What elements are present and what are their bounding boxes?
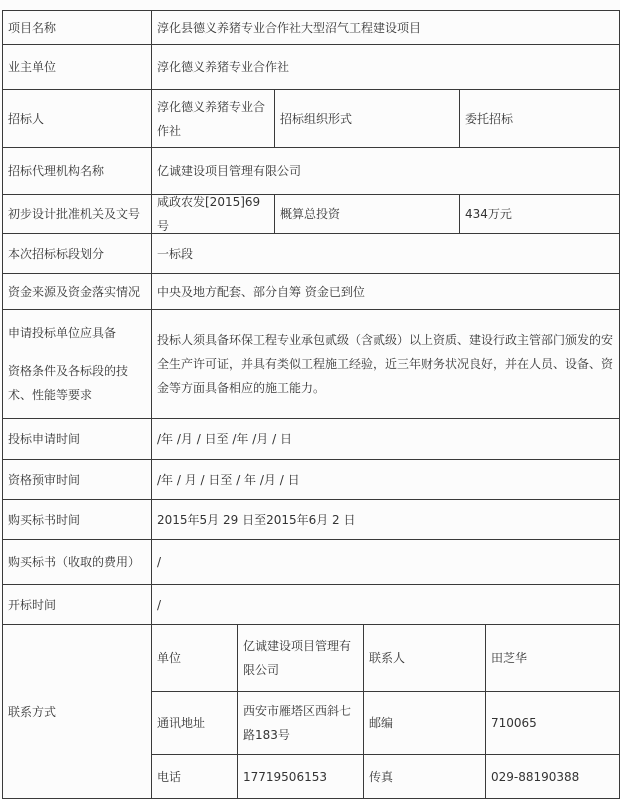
approval-label: 初步设计批准机关及文号 bbox=[3, 195, 152, 234]
contact-person-value: 田芝华 bbox=[486, 625, 620, 692]
contact-fax-label: 传真 bbox=[364, 755, 486, 799]
row-section-division: 本次招标标段划分 一标段 bbox=[3, 234, 620, 274]
bid-apply-time-label: 投标申请时间 bbox=[3, 419, 152, 460]
row-funding: 资金来源及资金落实情况 中央及地方配套、部分自筹 资金已到位 bbox=[3, 274, 620, 310]
project-name-label: 项目名称 bbox=[3, 11, 152, 45]
agency-value: 亿诚建设项目管理有限公司 bbox=[152, 148, 620, 195]
contact-postcode-value: 710065 bbox=[486, 692, 620, 755]
row-owner-unit: 业主单位 淳化德义养猪专业合作社 bbox=[3, 45, 620, 90]
section-division-label: 本次招标标段划分 bbox=[3, 234, 152, 274]
row-agency: 招标代理机构名称 亿诚建设项目管理有限公司 bbox=[3, 148, 620, 195]
contact-person-label: 联系人 bbox=[364, 625, 486, 692]
row-project-name: 项目名称 淳化县德义养猪专业合作社大型沼气工程建设项目 bbox=[3, 11, 620, 45]
funding-label: 资金来源及资金落实情况 bbox=[3, 274, 152, 310]
document-fee-value: / bbox=[152, 540, 620, 585]
contact-postcode-label: 邮编 bbox=[364, 692, 486, 755]
contact-subtable: 单位 亿诚建设项目管理有限公司 联系人 田芝华 通讯地址 西安市雁塔区西斜七路1… bbox=[152, 625, 620, 799]
organization-form-value: 委托招标 bbox=[460, 90, 620, 148]
contact-row-address: 通讯地址 西安市雁塔区西斜七路183号 邮编 710065 bbox=[152, 692, 620, 755]
tenderer-label: 招标人 bbox=[3, 90, 152, 148]
row-contact: 联系方式 单位 亿诚建设项目管理有限公司 联系人 田芝华 通讯地址 西安市雁塔区… bbox=[3, 625, 620, 799]
bid-opening-time-value: / bbox=[152, 585, 620, 625]
project-name-value: 淳化县德义养猪专业合作社大型沼气工程建设项目 bbox=[152, 11, 620, 45]
budget-value: 434万元 bbox=[460, 195, 620, 234]
row-prequalification-time: 资格预审时间 /年 / 月 / 日至 / 年 /月 / 日 bbox=[3, 460, 620, 500]
qualification-value: 投标人须具备环保工程专业承包贰级（含贰级）以上资质、建设行政主管部门颁发的安全生… bbox=[152, 310, 620, 419]
contact-row-phone: 电话 17719506153 传真 029-88190388 bbox=[152, 755, 620, 799]
bid-apply-time-value: /年 /月 / 日至 /年 /月 / 日 bbox=[152, 419, 620, 460]
document-purchase-time-label: 购买标书时间 bbox=[3, 500, 152, 540]
owner-unit-label: 业主单位 bbox=[3, 45, 152, 90]
row-tenderer: 招标人 淳化德义养猪专业合作社 招标组织形式 委托招标 bbox=[3, 90, 620, 148]
contact-unit-label: 单位 bbox=[152, 625, 238, 692]
organization-form-label: 招标组织形式 bbox=[275, 90, 460, 148]
document-fee-label: 购买标书（收取的费用） bbox=[3, 540, 152, 585]
contact-row-unit: 单位 亿诚建设项目管理有限公司 联系人 田芝华 bbox=[152, 625, 620, 692]
tender-info-table: 项目名称 淳化县德义养猪专业合作社大型沼气工程建设项目 业主单位 淳化德义养猪专… bbox=[2, 10, 620, 799]
tenderer-value: 淳化德义养猪专业合作社 bbox=[152, 90, 275, 148]
approval-value: 咸政农发[2015]69号 bbox=[152, 195, 275, 234]
contact-phone-value: 17719506153 bbox=[238, 755, 364, 799]
budget-label: 概算总投资 bbox=[275, 195, 460, 234]
contact-phone-label: 电话 bbox=[152, 755, 238, 799]
contact-address-label: 通讯地址 bbox=[152, 692, 238, 755]
row-qualification: 申请投标单位应具备 资格条件及各标段的技术、性能等要求 投标人须具备环保工程专业… bbox=[3, 310, 620, 419]
contact-unit-value: 亿诚建设项目管理有限公司 bbox=[238, 625, 364, 692]
contact-address-value: 西安市雁塔区西斜七路183号 bbox=[238, 692, 364, 755]
row-document-purchase-time: 购买标书时间 2015年5月 29 日至2015年6月 2 日 bbox=[3, 500, 620, 540]
owner-unit-value: 淳化德义养猪专业合作社 bbox=[152, 45, 620, 90]
row-document-fee: 购买标书（收取的费用） / bbox=[3, 540, 620, 585]
bid-opening-time-label: 开标时间 bbox=[3, 585, 152, 625]
row-bid-opening-time: 开标时间 / bbox=[3, 585, 620, 625]
prequalification-time-label: 资格预审时间 bbox=[3, 460, 152, 500]
prequalification-time-value: /年 / 月 / 日至 / 年 /月 / 日 bbox=[152, 460, 620, 500]
contact-fax-value: 029-88190388 bbox=[486, 755, 620, 799]
agency-label: 招标代理机构名称 bbox=[3, 148, 152, 195]
row-approval: 初步设计批准机关及文号 咸政农发[2015]69号 概算总投资 434万元 bbox=[3, 195, 620, 234]
section-division-value: 一标段 bbox=[152, 234, 620, 274]
qualification-label-line1: 申请投标单位应具备 bbox=[8, 321, 146, 345]
qualification-label: 申请投标单位应具备 资格条件及各标段的技术、性能等要求 bbox=[3, 310, 152, 419]
funding-value: 中央及地方配套、部分自筹 资金已到位 bbox=[152, 274, 620, 310]
qualification-label-line2: 资格条件及各标段的技术、性能等要求 bbox=[8, 359, 146, 407]
document-purchase-time-value: 2015年5月 29 日至2015年6月 2 日 bbox=[152, 500, 620, 540]
row-bid-apply-time: 投标申请时间 /年 /月 / 日至 /年 /月 / 日 bbox=[3, 419, 620, 460]
contact-label: 联系方式 bbox=[3, 625, 152, 799]
